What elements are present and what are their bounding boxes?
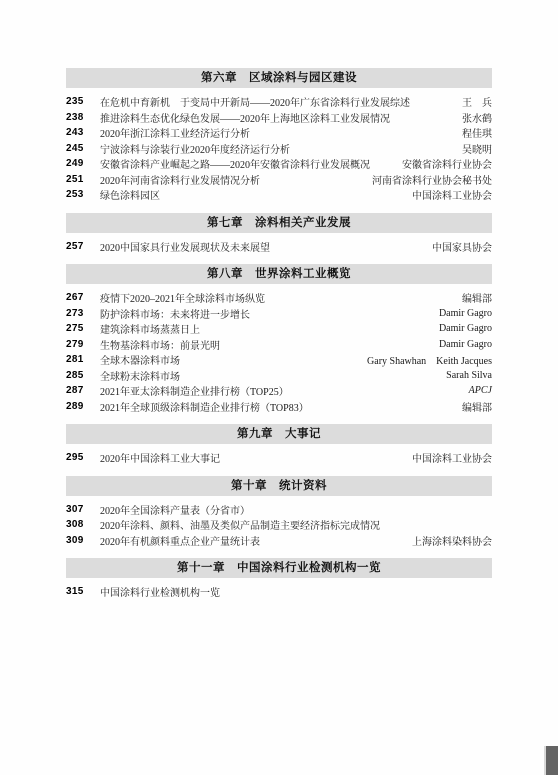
entry-title: 2020年河南省涂料行业发展情况分析 [100, 172, 364, 187]
entry-title: 生物基涂料市场：前景光明 [100, 337, 431, 352]
entry-title: 2021年亚太涂料制造企业排行榜（TOP25） [100, 383, 461, 398]
entry-author: Damir Gagro [439, 323, 492, 334]
page-number: 307 [66, 504, 90, 515]
chapter-title: 第七章 涂料相关产业发展 [207, 217, 351, 229]
entry-title: 绿色涂料园区 [100, 187, 404, 202]
entry-title: 中国涂料行业检测机构一览 [100, 584, 484, 599]
entry-author: 编辑部 [462, 290, 492, 305]
toc-entry: 307 2020年全国涂料产量表（分省市） [66, 502, 492, 518]
page-number: 279 [66, 339, 90, 350]
entry-title: 建筑涂料市场蒸蒸日上 [100, 321, 431, 336]
entry-title: 全球粉末涂料市场 [100, 368, 438, 383]
chapter-heading-bar: 第九章 大事记 [66, 424, 492, 444]
page-number: 275 [66, 323, 90, 334]
entry-title: 防护涂料市场：未来将进一步增长 [100, 306, 431, 321]
toc-entry: 245 宁波涂料与涂装行业2020年度经济运行分析 吴晓明 [66, 141, 492, 157]
page-number: 289 [66, 401, 90, 412]
toc-content: 第六章 区域涂料与园区建设 235 在危机中育新机 于变局中开新局——2020年… [66, 68, 492, 600]
chapter-section-8: 第八章 世界涂料工业概览 267 疫情下2020–2021年全球涂料市场纵览 编… [66, 264, 492, 414]
toc-entry: 249 安徽省涂料产业崛起之路——2020年安徽省涂料行业发展概况 安徽省涂料行… [66, 156, 492, 172]
entry-author: 编辑部 [462, 399, 492, 414]
toc-entry: 279 生物基涂料市场：前景光明 Damir Gagro [66, 337, 492, 353]
chapter-entries: 295 2020年中国涂料工业大事记 中国涂料工业协会 [66, 450, 492, 466]
page-number: 295 [66, 452, 90, 463]
page-number: 308 [66, 519, 90, 530]
entry-title: 2021年全球顶级涂料制造企业排行榜（TOP83） [100, 399, 454, 414]
entry-author: 张水鹤 [462, 110, 492, 125]
toc-entry: 257 2020中国家具行业发展现状及未来展望 中国家具协会 [66, 239, 492, 255]
chapter-heading-bar: 第十章 统计资料 [66, 476, 492, 496]
chapter-heading-bar: 第七章 涂料相关产业发展 [66, 213, 492, 233]
toc-entry: 275 建筑涂料市场蒸蒸日上 Damir Gagro [66, 321, 492, 337]
entry-title: 2020中国家具行业发展现状及未来展望 [100, 239, 424, 254]
entry-author: 上海涂料染料协会 [412, 533, 492, 548]
chapter-section-10: 第十章 统计资料 307 2020年全国涂料产量表（分省市） 308 2020年… [66, 476, 492, 549]
page-number: 273 [66, 308, 90, 319]
page-number: 243 [66, 127, 90, 138]
entry-author: Sarah Silva [446, 370, 492, 381]
toc-entry: 253 绿色涂料园区 中国涂料工业协会 [66, 187, 492, 203]
toc-entry: 287 2021年亚太涂料制造企业排行榜（TOP25） APCJ [66, 383, 492, 399]
chapter-entries: 307 2020年全国涂料产量表（分省市） 308 2020年涂料、颜料、油墨及… [66, 502, 492, 549]
document-page: 第六章 区域涂料与园区建设 235 在危机中育新机 于变局中开新局——2020年… [0, 0, 558, 775]
toc-entry: 238 推进涂料生态优化绿色发展——2020年上海地区涂料工业发展情况 张水鹤 [66, 110, 492, 126]
chapter-heading-bar: 第八章 世界涂料工业概览 [66, 264, 492, 284]
page-number: 285 [66, 370, 90, 381]
chapter-section-11: 第十一章 中国涂料行业检测机构一览 315 中国涂料行业检测机构一览 [66, 558, 492, 600]
chapter-title: 第十章 统计资料 [231, 480, 327, 492]
toc-entry: 315 中国涂料行业检测机构一览 [66, 584, 492, 600]
entry-author: 中国涂料工业协会 [412, 450, 492, 465]
entry-author: 安徽省涂料行业协会 [402, 156, 492, 171]
page-number: 238 [66, 112, 90, 123]
entry-author: APCJ [469, 385, 492, 396]
chapter-heading-bar: 第十一章 中国涂料行业检测机构一览 [66, 558, 492, 578]
toc-entry: 289 2021年全球顶级涂料制造企业排行榜（TOP83） 编辑部 [66, 399, 492, 415]
page-number: 287 [66, 385, 90, 396]
chapter-entries: 257 2020中国家具行业发展现状及未来展望 中国家具协会 [66, 239, 492, 255]
entry-title: 2020年全国涂料产量表（分省市） [100, 502, 484, 517]
scrollbar-thumb[interactable] [544, 746, 558, 775]
entry-title: 安徽省涂料产业崛起之路——2020年安徽省涂料行业发展概况 [100, 156, 394, 171]
chapter-section-6: 第六章 区域涂料与园区建设 235 在危机中育新机 于变局中开新局——2020年… [66, 68, 492, 203]
chapter-heading-bar: 第六章 区域涂料与园区建设 [66, 68, 492, 88]
toc-entry: 308 2020年涂料、颜料、油墨及类似产品制造主要经济指标完成情况 [66, 517, 492, 533]
page-number: 309 [66, 535, 90, 546]
chapter-entries: 315 中国涂料行业检测机构一览 [66, 584, 492, 600]
entry-title: 宁波涂料与涂装行业2020年度经济运行分析 [100, 141, 454, 156]
chapter-section-9: 第九章 大事记 295 2020年中国涂料工业大事记 中国涂料工业协会 [66, 424, 492, 466]
entry-author: Damir Gagro [439, 339, 492, 350]
page-number: 251 [66, 174, 90, 185]
chapter-entries: 267 疫情下2020–2021年全球涂料市场纵览 编辑部 273 防护涂料市场… [66, 290, 492, 414]
entry-author: 中国家具协会 [432, 239, 492, 254]
page-number: 267 [66, 292, 90, 303]
page-number: 315 [66, 586, 90, 597]
toc-entry: 267 疫情下2020–2021年全球涂料市场纵览 编辑部 [66, 290, 492, 306]
entry-title: 全球木器涂料市场 [100, 352, 359, 367]
toc-entry: 243 2020年浙江涂料工业经济运行分析 程佳琪 [66, 125, 492, 141]
entry-author: 河南省涂料行业协会秘书处 [372, 172, 492, 187]
entry-title: 2020年有机颜料重点企业产量统计表 [100, 533, 404, 548]
entry-title: 2020年浙江涂料工业经济运行分析 [100, 125, 454, 140]
entry-author: Damir Gagro [439, 308, 492, 319]
page-number: 235 [66, 96, 90, 107]
entry-title: 在危机中育新机 于变局中开新局——2020年广东省涂料行业发展综述 [100, 94, 454, 109]
toc-entry: 273 防护涂料市场：未来将进一步增长 Damir Gagro [66, 306, 492, 322]
page-number: 257 [66, 241, 90, 252]
entry-author: 中国涂料工业协会 [412, 187, 492, 202]
entry-author: Gary Shawhan Keith Jacques [367, 352, 492, 367]
chapter-title: 第九章 大事记 [237, 428, 321, 440]
entry-title: 疫情下2020–2021年全球涂料市场纵览 [100, 290, 454, 305]
entry-title: 推进涂料生态优化绿色发展——2020年上海地区涂料工业发展情况 [100, 110, 454, 125]
toc-entry: 285 全球粉末涂料市场 Sarah Silva [66, 368, 492, 384]
entry-title: 2020年涂料、颜料、油墨及类似产品制造主要经济指标完成情况 [100, 517, 484, 532]
toc-entry: 235 在危机中育新机 于变局中开新局——2020年广东省涂料行业发展综述 王 … [66, 94, 492, 110]
chapter-entries: 235 在危机中育新机 于变局中开新局——2020年广东省涂料行业发展综述 王 … [66, 94, 492, 203]
toc-entry: 309 2020年有机颜料重点企业产量统计表 上海涂料染料协会 [66, 533, 492, 549]
page-number: 281 [66, 354, 90, 365]
toc-entry: 281 全球木器涂料市场 Gary Shawhan Keith Jacques [66, 352, 492, 368]
toc-entry: 295 2020年中国涂料工业大事记 中国涂料工业协会 [66, 450, 492, 466]
entry-author: 吴晓明 [462, 141, 492, 156]
page-number: 249 [66, 158, 90, 169]
chapter-section-7: 第七章 涂料相关产业发展 257 2020中国家具行业发展现状及未来展望 中国家… [66, 213, 492, 255]
chapter-title: 第八章 世界涂料工业概览 [207, 268, 351, 280]
page-number: 245 [66, 143, 90, 154]
entry-author: 程佳琪 [462, 125, 492, 140]
entry-title: 2020年中国涂料工业大事记 [100, 450, 404, 465]
chapter-title: 第六章 区域涂料与园区建设 [201, 72, 357, 84]
toc-entry: 251 2020年河南省涂料行业发展情况分析 河南省涂料行业协会秘书处 [66, 172, 492, 188]
chapter-title: 第十一章 中国涂料行业检测机构一览 [177, 562, 381, 574]
entry-author: 王 兵 [462, 94, 492, 109]
page-number: 253 [66, 189, 90, 200]
